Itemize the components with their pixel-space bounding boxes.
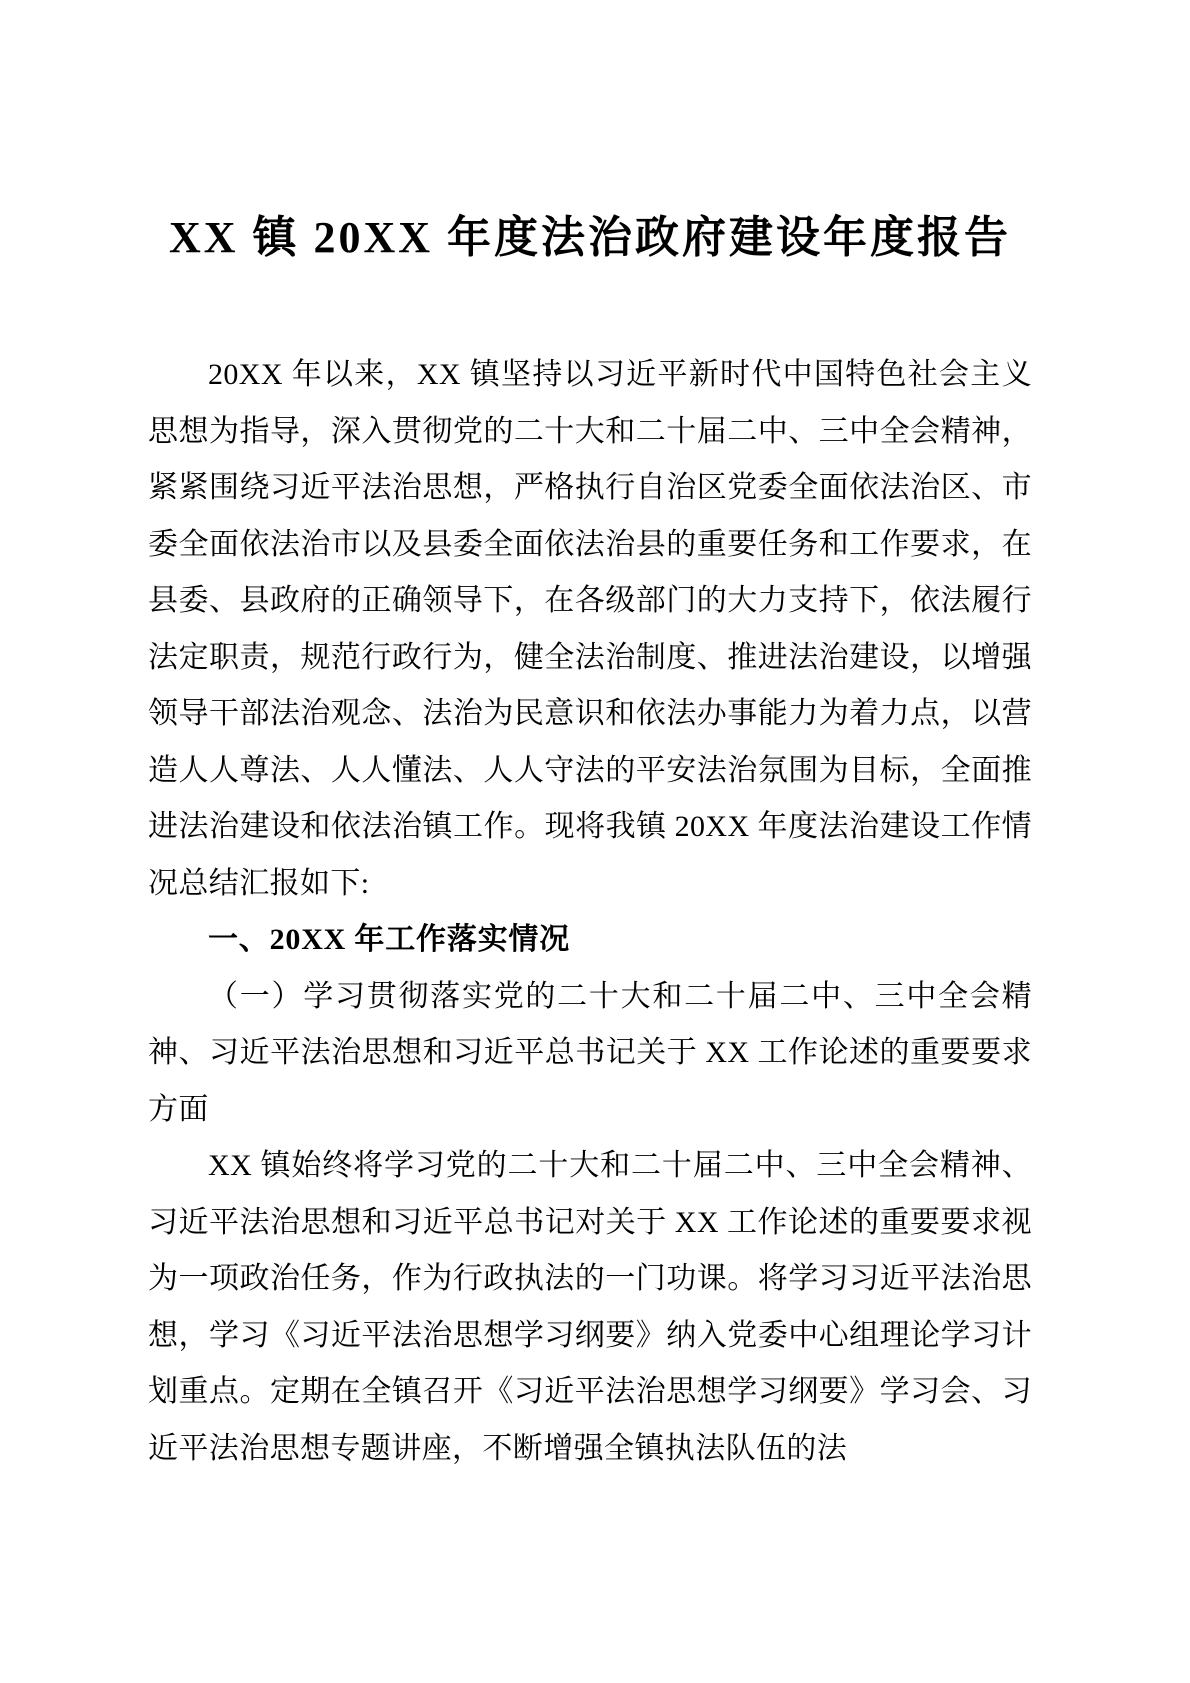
document-page: XX 镇 20XX 年度法治政府建设年度报告 20XX 年以来，XX 镇坚持以习…	[0, 0, 1190, 1683]
paragraph-introduction: 20XX 年以来，XX 镇坚持以习近平新时代中国特色社会主义思想为指导，深入贯彻…	[148, 347, 1032, 912]
paragraph-study-implementation: XX 镇始终将学习党的二十大和二十届二中、三中全会精神、习近平法治思想和习近平总…	[148, 1138, 1032, 1477]
subsection-heading-1-1: （一）学习贯彻落实党的二十大和二十届二中、三中全会精神、习近平法治思想和习近平总…	[148, 969, 1032, 1139]
document-title: XX 镇 20XX 年度法治政府建设年度报告	[148, 205, 1032, 271]
section-heading-1: 一、20XX 年工作落实情况	[148, 912, 1032, 969]
